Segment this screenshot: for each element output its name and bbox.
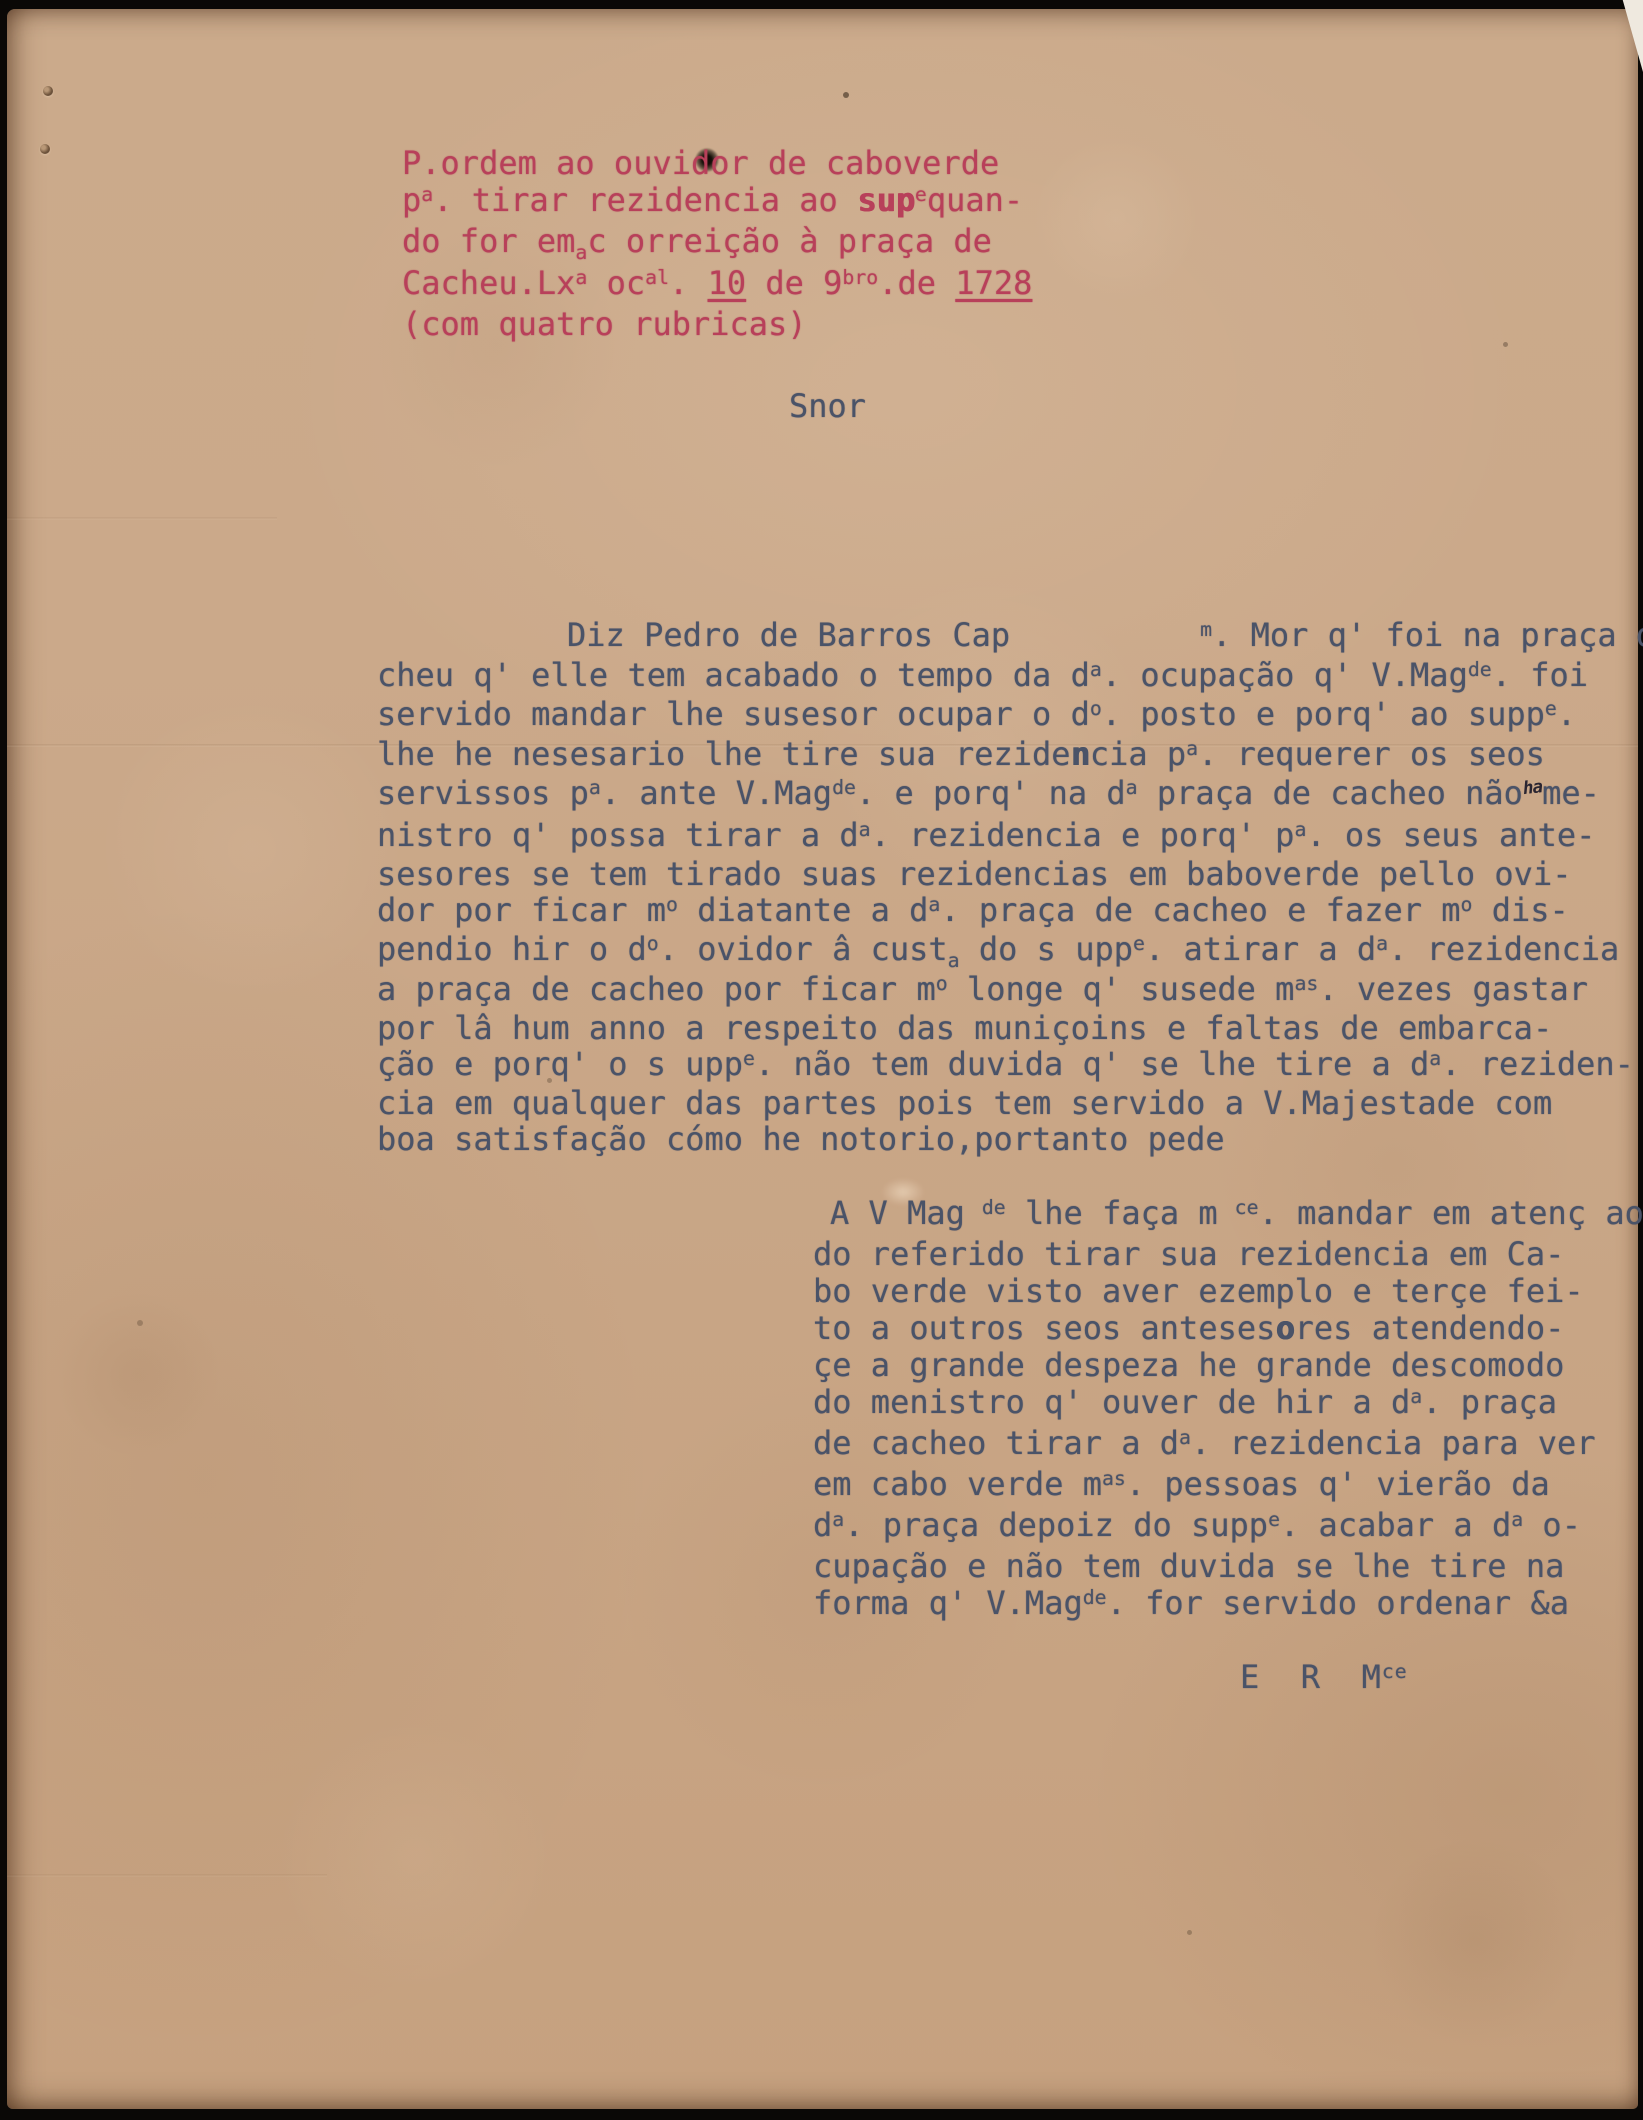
text-line: a praça de cacheo por ficar mo longe q' …	[377, 972, 1643, 1012]
paper-speck	[843, 92, 849, 98]
paper-hole	[43, 86, 53, 96]
request-paragraph: A V Magde lhe faça mce. mandar em atenç …	[813, 1195, 1643, 1626]
text-line: lhe he nesesario lhe tire sua rezidencia…	[377, 737, 1643, 777]
scanned-document-page: P.ordem ao ouvidor de caboverdepa. tirar…	[0, 0, 1643, 2120]
salutation: Snor	[789, 388, 866, 424]
text-line: do menistro q' ouver de hir a da. praça	[813, 1384, 1643, 1425]
text-line: P.ordem ao ouvidor de caboverde	[402, 145, 1032, 182]
signature-initials: E R Mce	[1240, 1659, 1408, 1700]
text-line: do referido tirar sua rezidencia em Ca-	[813, 1236, 1643, 1273]
text-line: bo verde visto aver ezemplo e terçe fei-	[813, 1273, 1643, 1310]
text-line: sesores se tem tirado suas rezidencias e…	[377, 857, 1643, 893]
red-archival-annotation: P.ordem ao ouvidor de caboverdepa. tirar…	[402, 145, 1032, 306]
text-line: boa satisfação cómo he notorio,portanto …	[377, 1122, 1643, 1158]
paper-hole	[40, 144, 50, 154]
text-line: do for emac orreição à praça de	[402, 223, 1032, 265]
text-line: pa. tirar rezidencia ao supequan-	[402, 182, 1032, 224]
text-line: Diz Pedro de Barros Capm. Mor q' foi na …	[377, 618, 1643, 658]
text-line: cheu q' elle tem acabado o tempo da da. …	[377, 658, 1643, 698]
paper-speck	[1503, 342, 1508, 347]
text-line: cia em qualquer das partes pois tem serv…	[377, 1086, 1643, 1122]
text-line: çe a grande despeza he grande descomodo	[813, 1347, 1643, 1384]
text-line: nistro q' possa tirar a da. rezidencia e…	[377, 818, 1643, 858]
text-line: da. praça depoiz do suppe. acabar a da o…	[813, 1507, 1643, 1548]
fold-crease	[7, 517, 277, 520]
text-line: to a outros seos antesesores atendendo-	[813, 1310, 1643, 1347]
rubrics-note: (com quatro rubricas)	[402, 306, 807, 342]
paper-speck	[137, 1320, 143, 1326]
petition-body: Diz Pedro de Barros Capm. Mor q' foi na …	[377, 618, 1643, 1157]
paper-sheet: P.ordem ao ouvidor de caboverdepa. tirar…	[7, 9, 1638, 2109]
text-line: pendio hir o do. ovidor â custa do s upp…	[377, 932, 1643, 972]
text-line: forma q' V.Magde. for servido ordenar &a	[813, 1585, 1643, 1626]
text-line: servissos pa. ante V.Magde. e porq' na d…	[377, 776, 1643, 818]
text-line: A V Magde lhe faça mce. mandar em atenç …	[813, 1195, 1643, 1236]
text-line: dor por ficar mo diatante a da. praça de…	[377, 893, 1643, 933]
text-line: ção e porq' o s uppe. não tem duvida q' …	[377, 1047, 1643, 1087]
text-line: servido mandar lhe susesor ocupar o do. …	[377, 697, 1643, 737]
text-line: por lâ hum anno a respeito das muniçoins…	[377, 1011, 1643, 1047]
text-line: cupação e não tem duvida se lhe tire na	[813, 1548, 1643, 1585]
text-line: de cacheo tirar a da. rezidencia para ve…	[813, 1425, 1643, 1466]
text-line: Cacheu.Lxa ocal. 10 de 9bro.de 1728	[402, 265, 1032, 307]
fold-crease	[7, 1874, 327, 1877]
paper-speck	[1187, 1930, 1192, 1935]
